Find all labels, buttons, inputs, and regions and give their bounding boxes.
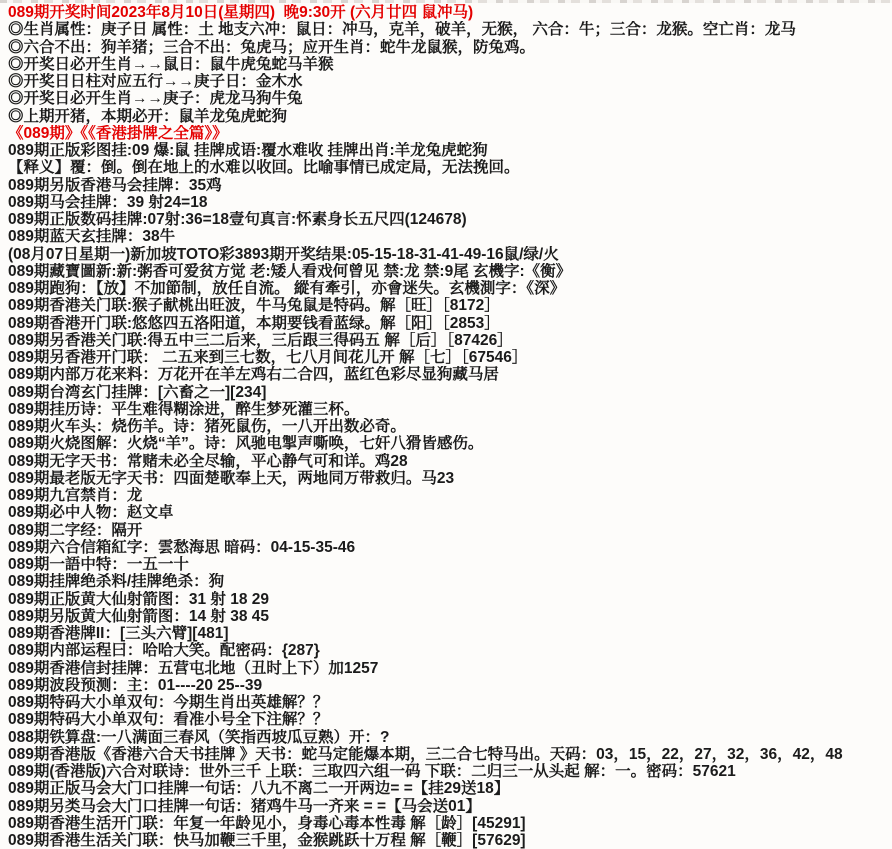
text-line: 089期香港开门联:悠悠四五洛阳道，本期要钱看蓝绿。解［阳］［2853］ bbox=[8, 315, 888, 332]
text-line: 089期火车头：烧伤羊。诗：猪死鼠伤，一八开出数必奇。 bbox=[8, 418, 888, 435]
text-line: ◎开奖日日柱对应五行→→庚子日：金木水 bbox=[8, 73, 888, 90]
text-line: 089期一語中特：一五一十 bbox=[8, 556, 888, 573]
text-line: 089期正版数码挂牌:07射:36=18壹句真言:怀素身长五尺四(124678) bbox=[8, 211, 888, 228]
text-line: 089期台湾玄门挂牌：[六畜之一][234] bbox=[8, 384, 888, 401]
content-lines: 089期开奖时间2023年8月10日(星期四) 晚9:30开 (六月廿四 鼠冲马… bbox=[0, 3, 892, 849]
text-line: 089期香港牌II：[三头六臂][481] bbox=[8, 625, 888, 642]
text-line: 089期九宫禁肖：龙 bbox=[8, 487, 888, 504]
text-line: 089期特码大小单双句：今期生肖出英雄解？？ bbox=[8, 694, 888, 711]
text-line: 089期正版马会大门口挂牌一句话：八九不离二一开两边= =【挂29送18】 bbox=[8, 780, 888, 797]
text-line: 089期无字天书：常赌未必全尽输，平心静气可和详。鸡28 bbox=[8, 453, 888, 470]
text-line: 089期香港生活关门联：快马加鞭三千里，金猴跳跃十万程 解［鞭］[57629] bbox=[8, 832, 888, 849]
text-line: 089期开奖时间2023年8月10日(星期四) 晚9:30开 (六月廿四 鼠冲马… bbox=[8, 4, 888, 21]
lottery-tip-sheet: 089期开奖时间2023年8月10日(星期四) 晚9:30开 (六月廿四 鼠冲马… bbox=[0, 0, 892, 849]
text-line: 089期特码大小单双句：看准小号全下注解？？ bbox=[8, 711, 888, 728]
text-line: 089期另版香港马会挂牌：35鸡 bbox=[8, 177, 888, 194]
text-line: 089期二字经：隔开 bbox=[8, 522, 888, 539]
text-line: 089期正版黄大仙射箭图：31 射 18 29 bbox=[8, 591, 888, 608]
text-line: 089期(香港版)六合对联诗：世外三千 上联：三取四六组一码 下联：二归三一从头… bbox=[8, 763, 888, 780]
text-line: ◎开奖日必开生肖→→鼠日：鼠牛虎兔蛇马羊猴 bbox=[8, 56, 888, 73]
text-line: 《089期》《《香港掛牌之全篇》》 bbox=[8, 125, 888, 142]
text-line: 089期火烧图解：火烧“羊”。诗：风驰电掣声嘶唤，七奸八猾皆感伤。 bbox=[8, 435, 888, 452]
text-line: 089期香港关门联:猴子献桃出旺波，牛马兔鼠是特码。解［旺］［8172］ bbox=[8, 297, 888, 314]
text-line: 089期挂历诗：平生难得糊涂进，醉生梦死灌三杯。 bbox=[8, 401, 888, 418]
text-line: 【释义】覆：倒。倒在地上的水难以收回。比喻事情已成定局，无法挽回。 bbox=[8, 159, 888, 176]
text-line: ◎生肖属性：庚子日 属性：土 地支六冲：鼠日：冲马，克羊，破羊，无猴， 六合：牛… bbox=[8, 21, 888, 38]
text-line: ◎六合不出：狗羊猪；三合不出：兔虎马；应开生肖：蛇牛龙鼠猴，防兔鸡。 bbox=[8, 39, 888, 56]
text-line: 089期六合信箱紅字：雲愁海思 暗码：04-15-35-46 bbox=[8, 539, 888, 556]
text-line: 088期铁算盘:一八满面三春风（笑指西坡瓜豆熟）开：? bbox=[8, 729, 888, 746]
text-line: 089期最老版无字天书：四面楚歌奉上天，两地同万带救归。马23 bbox=[8, 470, 888, 487]
text-line: 089期另类马会大门口挂牌一句话：猪鸡牛马一齐来 = =【马会送01】 bbox=[8, 798, 888, 815]
text-line: 089期另版黄大仙射箭图：14 射 38 45 bbox=[8, 608, 888, 625]
text-line: ◎开奖日必开生肖→→庚子：虎龙马狗牛兔 bbox=[8, 90, 888, 107]
text-line: 089期蓝天玄挂牌：38牛 bbox=[8, 228, 888, 245]
text-line: 089期正版彩图挂:09 爆:鼠 挂牌成语:覆水难收 挂牌出肖:羊龙兔虎蛇狗 bbox=[8, 142, 888, 159]
text-line: 089期香港生活开门联：年复一年龄见小，身毒心毒本性毒 解［龄］[45291] bbox=[8, 815, 888, 832]
text-line: 089期挂牌绝杀料/挂牌绝杀：狗 bbox=[8, 573, 888, 590]
text-line: 089期马会挂牌：39 射24=18 bbox=[8, 194, 888, 211]
text-line: 089期必中人物：赵文卓 bbox=[8, 504, 888, 521]
text-line: 089期香港版《香港六合天书挂牌 》天书：蛇马定能爆本期，三二合七特马出。天码：… bbox=[8, 746, 888, 763]
cropped-line-remnant bbox=[0, 0, 892, 3]
text-line: 089期香港信封挂牌：五营屯北地（丑时上下）加1257 bbox=[8, 660, 888, 677]
text-line: 089期另香港开门联： 二五来到三七数，七八月间花儿开 解［七］［67546］ bbox=[8, 349, 888, 366]
text-line: (08月07日星期一)新加坡TOTO彩3893期开奖结果:05-15-18-31… bbox=[8, 246, 888, 263]
text-line: 089期藏寶圖新:新:粥香可爱贫方觉 老:矮人看戏何曾见 禁:龙 禁:9尾 玄機… bbox=[8, 263, 888, 280]
text-line: 089期内部万花来料：万花开在羊左鸡右二合四，蓝红色彩尽显狗藏马居 bbox=[8, 366, 888, 383]
text-line: 089期另香港关门联:得五中三二后来，三后跟三得码五 解［后］［87426］ bbox=[8, 332, 888, 349]
text-line: ◎上期开猪，本期必开：鼠羊龙兔虎蛇狗 bbox=[8, 108, 888, 125]
text-line: 089期跑狗：【放】不加節制，放任自流。 縱有牽引，亦會迷失。玄機測字：《深》 bbox=[8, 280, 888, 297]
text-line: 089期内部运程曰：哈哈大笑。配密码：{287} bbox=[8, 642, 888, 659]
text-line: 089期波段预测：主：01----20 25--39 bbox=[8, 677, 888, 694]
